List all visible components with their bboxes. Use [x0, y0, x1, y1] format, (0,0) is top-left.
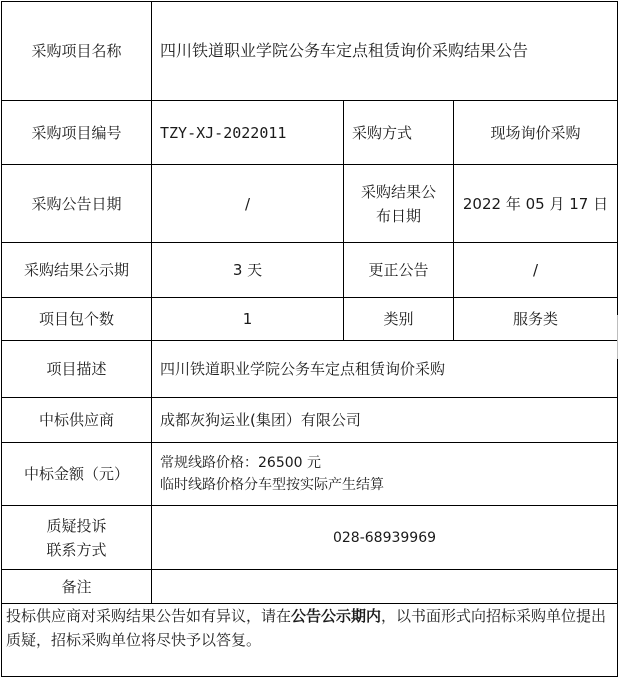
row-remarks: 备注 [2, 570, 618, 604]
announcement-date-label: 采购公告日期 [2, 165, 152, 243]
winning-supplier-value: 成都灰狗运业(集团）有限公司 [152, 398, 618, 443]
procurement-method-label: 采购方式 [344, 101, 454, 165]
result-publish-date-label: 采购结果公 布日期 [344, 165, 454, 243]
row-description: 项目描述 四川铁道职业学院公务车定点租赁询价采购 [2, 341, 618, 398]
project-name-label: 采购项目名称 [2, 2, 152, 101]
correction-notice-value: / [454, 243, 618, 298]
row-project-name: 采购项目名称 四川铁道职业学院公务车定点租赁询价采购结果公告 [2, 2, 618, 101]
project-number-value: TZY-XJ-2022011 [152, 101, 344, 165]
row-package-count: 项目包个数 1 类别 服务类 [2, 298, 618, 341]
row-winning-supplier: 中标供应商 成都灰狗运业(集团）有限公司 [2, 398, 618, 443]
project-name-value: 四川铁道职业学院公务车定点租赁询价采购结果公告 [152, 2, 618, 101]
result-period-value: 3 天 [152, 243, 344, 298]
row-footer-note: 投标供应商对采购结果公告如有异议，请在公告公示期内，以书面形式向招标采购单位提出… [2, 604, 618, 677]
remarks-value [152, 570, 618, 604]
row-winning-amount: 中标金额（元） 常规线路价格：26500 元 临时线路价格分车型按实际产生结算 [2, 443, 618, 506]
procurement-method-value: 现场询价采购 [454, 101, 618, 165]
procurement-result-table: 采购项目名称 四川铁道职业学院公务车定点租赁询价采购结果公告 采购项目编号 TZ… [1, 1, 618, 677]
description-label: 项目描述 [2, 341, 152, 398]
complaint-contact-value: 028-68939969 [152, 506, 618, 570]
remarks-label: 备注 [2, 570, 152, 604]
result-publish-date-label-line2: 布日期 [344, 204, 453, 228]
winning-amount-line1: 常规线路价格：26500 元 [160, 452, 617, 474]
footer-note: 投标供应商对采购结果公告如有异议，请在公告公示期内，以书面形式向招标采购单位提出… [2, 604, 618, 677]
complaint-contact-label-line2: 联系方式 [2, 538, 151, 562]
complaint-contact-label: 质疑投诉 联系方式 [2, 506, 152, 570]
project-number-label: 采购项目编号 [2, 101, 152, 165]
winning-amount-label: 中标金额（元） [2, 443, 152, 506]
package-count-value: 1 [152, 298, 344, 341]
winning-amount-line2: 临时线路价格分车型按实际产生结算 [160, 474, 617, 496]
category-value: 服务类 [454, 298, 618, 341]
result-publish-date-value: 2022 年 05 月 17 日 [454, 165, 618, 243]
correction-notice-label: 更正公告 [344, 243, 454, 298]
footer-note-emphasis: 公告公示期内 [291, 607, 381, 625]
category-label: 类别 [344, 298, 454, 341]
row-result-period: 采购结果公示期 3 天 更正公告 / [2, 243, 618, 298]
complaint-contact-label-line1: 质疑投诉 [2, 514, 151, 538]
footer-note-part1: 投标供应商对采购结果公告如有异议，请在 [6, 607, 291, 625]
package-count-label: 项目包个数 [2, 298, 152, 341]
result-period-label: 采购结果公示期 [2, 243, 152, 298]
description-value: 四川铁道职业学院公务车定点租赁询价采购 [152, 341, 618, 398]
announcement-date-value: / [152, 165, 344, 243]
row-dates: 采购公告日期 / 采购结果公 布日期 2022 年 05 月 17 日 [2, 165, 618, 243]
winning-amount-value: 常规线路价格：26500 元 临时线路价格分车型按实际产生结算 [152, 443, 618, 506]
row-complaint-contact: 质疑投诉 联系方式 028-68939969 [2, 506, 618, 570]
row-project-number: 采购项目编号 TZY-XJ-2022011 采购方式 现场询价采购 [2, 101, 618, 165]
winning-supplier-label: 中标供应商 [2, 398, 152, 443]
result-publish-date-label-line1: 采购结果公 [344, 180, 453, 204]
